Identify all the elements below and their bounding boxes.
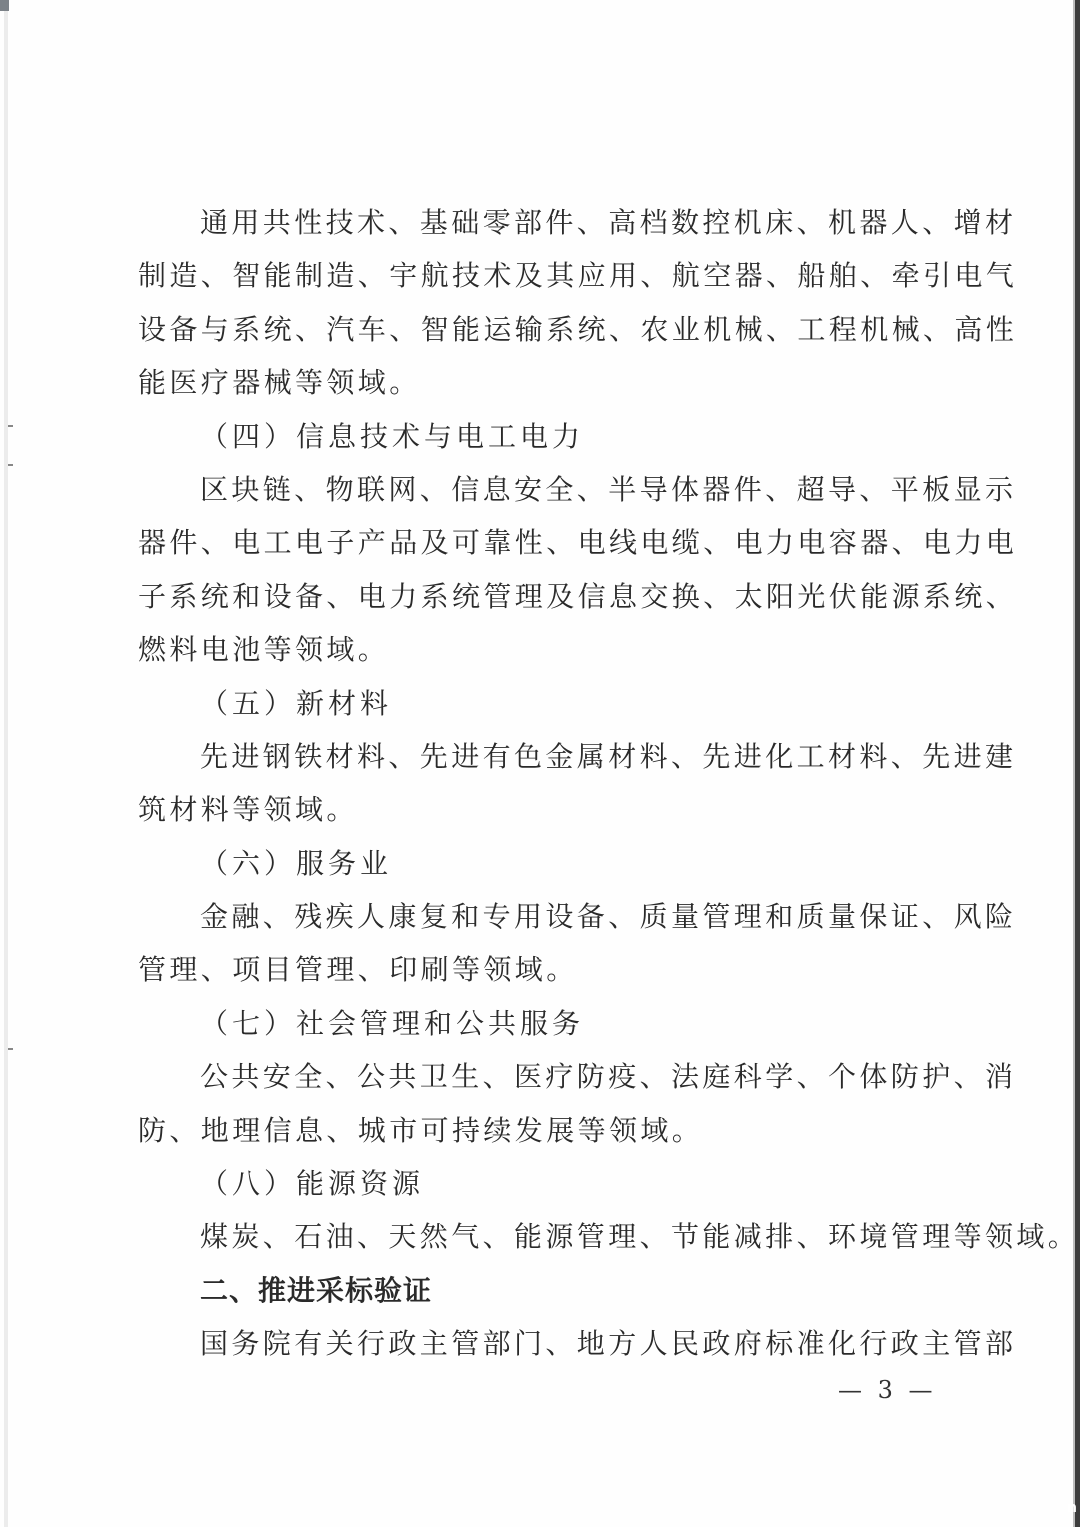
body-line: 防、地理信息、城市可持续发展等领域。 xyxy=(138,1104,958,1157)
scan-left-edge xyxy=(4,0,8,1527)
scan-edge-mark xyxy=(8,1048,13,1050)
scan-corner-mark xyxy=(0,0,9,11)
section-heading-adoption-verification: 二、推进采标验证 xyxy=(138,1264,958,1317)
subheading-info-tech: （四）信息技术与电工电力 xyxy=(138,410,958,463)
body-line: 公共安全、公共卫生、医疗防疫、法庭科学、个体防护、消 xyxy=(138,1050,958,1103)
body-line: 设备与系统、汽车、智能运输系统、农业机械、工程机械、高性 xyxy=(138,303,958,356)
body-line: 区块链、物联网、信息安全、半导体器件、超导、平板显示 xyxy=(138,463,958,516)
scan-edge-mark xyxy=(8,425,13,427)
body-line: 子系统和设备、电力系统管理及信息交换、太阳光伏能源系统、 xyxy=(138,570,958,623)
body-line: 器件、电工电子产品及可靠性、电线电缆、电力电容器、电力电 xyxy=(138,516,958,569)
scan-right-edge xyxy=(1075,0,1080,1527)
body-line: 筑材料等领域。 xyxy=(138,783,958,836)
body-line: 先进钢铁材料、先进有色金属材料、先进化工材料、先进建 xyxy=(138,730,958,783)
body-line: 燃料电池等领域。 xyxy=(138,623,958,676)
body-line: 通用共性技术、基础零部件、高档数控机床、机器人、增材 xyxy=(138,196,958,249)
body-line: 能医疗器械等领域。 xyxy=(138,356,958,409)
body-line: 制造、智能制造、宇航技术及其应用、航空器、船舶、牵引电气 xyxy=(138,249,958,302)
body-line: 管理、项目管理、印刷等领域。 xyxy=(138,943,958,996)
scan-edge-mark xyxy=(8,464,13,466)
scanned-page: n 通用共性技术、基础零部件、高档数控机床、机器人、增材 制造、智能制造、宇航技… xyxy=(0,0,1080,1527)
subheading-social-management: （七）社会管理和公共服务 xyxy=(138,997,958,1050)
subheading-energy-resources: （八）能源资源 xyxy=(138,1157,958,1210)
body-line: 金融、残疾人康复和专用设备、质量管理和质量保证、风险 xyxy=(138,890,958,943)
body-line: 国务院有关行政主管部门、地方人民政府标准化行政主管部 xyxy=(138,1317,958,1370)
body-line: 煤炭、石油、天然气、能源管理、节能减排、环境管理等领域。 xyxy=(138,1210,958,1263)
subheading-new-materials: （五）新材料 xyxy=(138,677,958,730)
subheading-services: （六）服务业 xyxy=(138,837,958,890)
page-number: — 3 — xyxy=(838,1373,937,1407)
document-body: 通用共性技术、基础零部件、高档数控机床、机器人、增材 制造、智能制造、宇航技术及… xyxy=(138,196,958,1371)
watermark-fragment: n xyxy=(1067,1500,1077,1516)
